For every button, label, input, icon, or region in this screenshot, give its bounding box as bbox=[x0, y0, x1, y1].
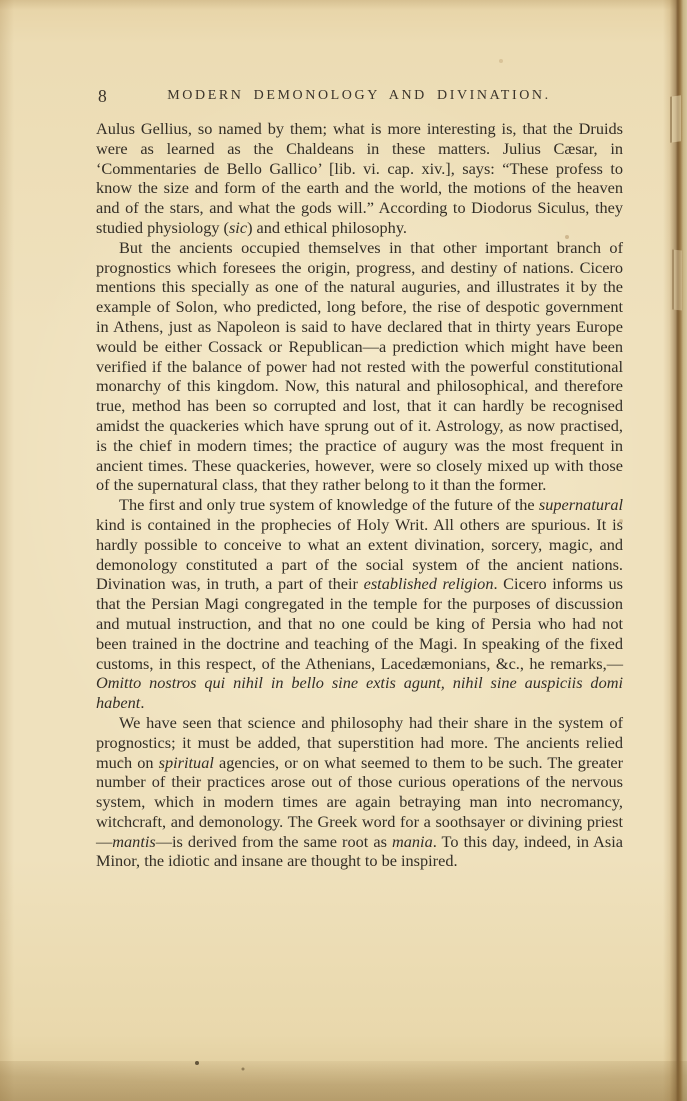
italic-text-run: mantis bbox=[112, 832, 155, 851]
torn-edge-notch bbox=[672, 249, 682, 310]
text-run: But the ancients occupied themselves in … bbox=[96, 238, 623, 495]
page-header: 8 MODERN DEMONOLOGY AND DIVINATION. bbox=[96, 86, 622, 108]
italic-text-run: spiritual bbox=[159, 753, 214, 772]
paragraph: But the ancients occupied themselves in … bbox=[96, 238, 623, 495]
italic-text-run: established religion bbox=[364, 574, 494, 593]
page-top-shading bbox=[0, 0, 687, 10]
text-run: . bbox=[140, 693, 144, 712]
italic-text-run: Omitto nostros qui nihil in bello sine e… bbox=[96, 673, 623, 712]
text-block: Aulus Gellius, so named by them; what is… bbox=[96, 119, 623, 871]
page-bottom-shading bbox=[0, 1061, 687, 1101]
italic-text-run: mania bbox=[392, 832, 433, 851]
paragraph: We have seen that science and philosophy… bbox=[96, 713, 623, 871]
text-run: The first and only true system of knowle… bbox=[119, 495, 539, 514]
text-run: —is derived from the same root as bbox=[156, 832, 392, 851]
text-run: ) and ethical philosophy. bbox=[247, 218, 407, 237]
paper-specks bbox=[0, 0, 2, 2]
paragraph: Aulus Gellius, so named by them; what is… bbox=[96, 119, 623, 238]
paragraph: The first and only true system of knowle… bbox=[96, 495, 623, 713]
page-torn-right-edge bbox=[663, 0, 687, 1101]
running-head: MODERN DEMONOLOGY AND DIVINATION. bbox=[96, 88, 622, 104]
scanned-book-page: 8 MODERN DEMONOLOGY AND DIVINATION. Aulu… bbox=[0, 0, 687, 1101]
page-left-shading bbox=[0, 0, 14, 1101]
torn-edge-notch bbox=[670, 95, 681, 143]
italic-text-run: sic bbox=[229, 218, 247, 237]
italic-text-run: supernatural bbox=[539, 495, 623, 514]
